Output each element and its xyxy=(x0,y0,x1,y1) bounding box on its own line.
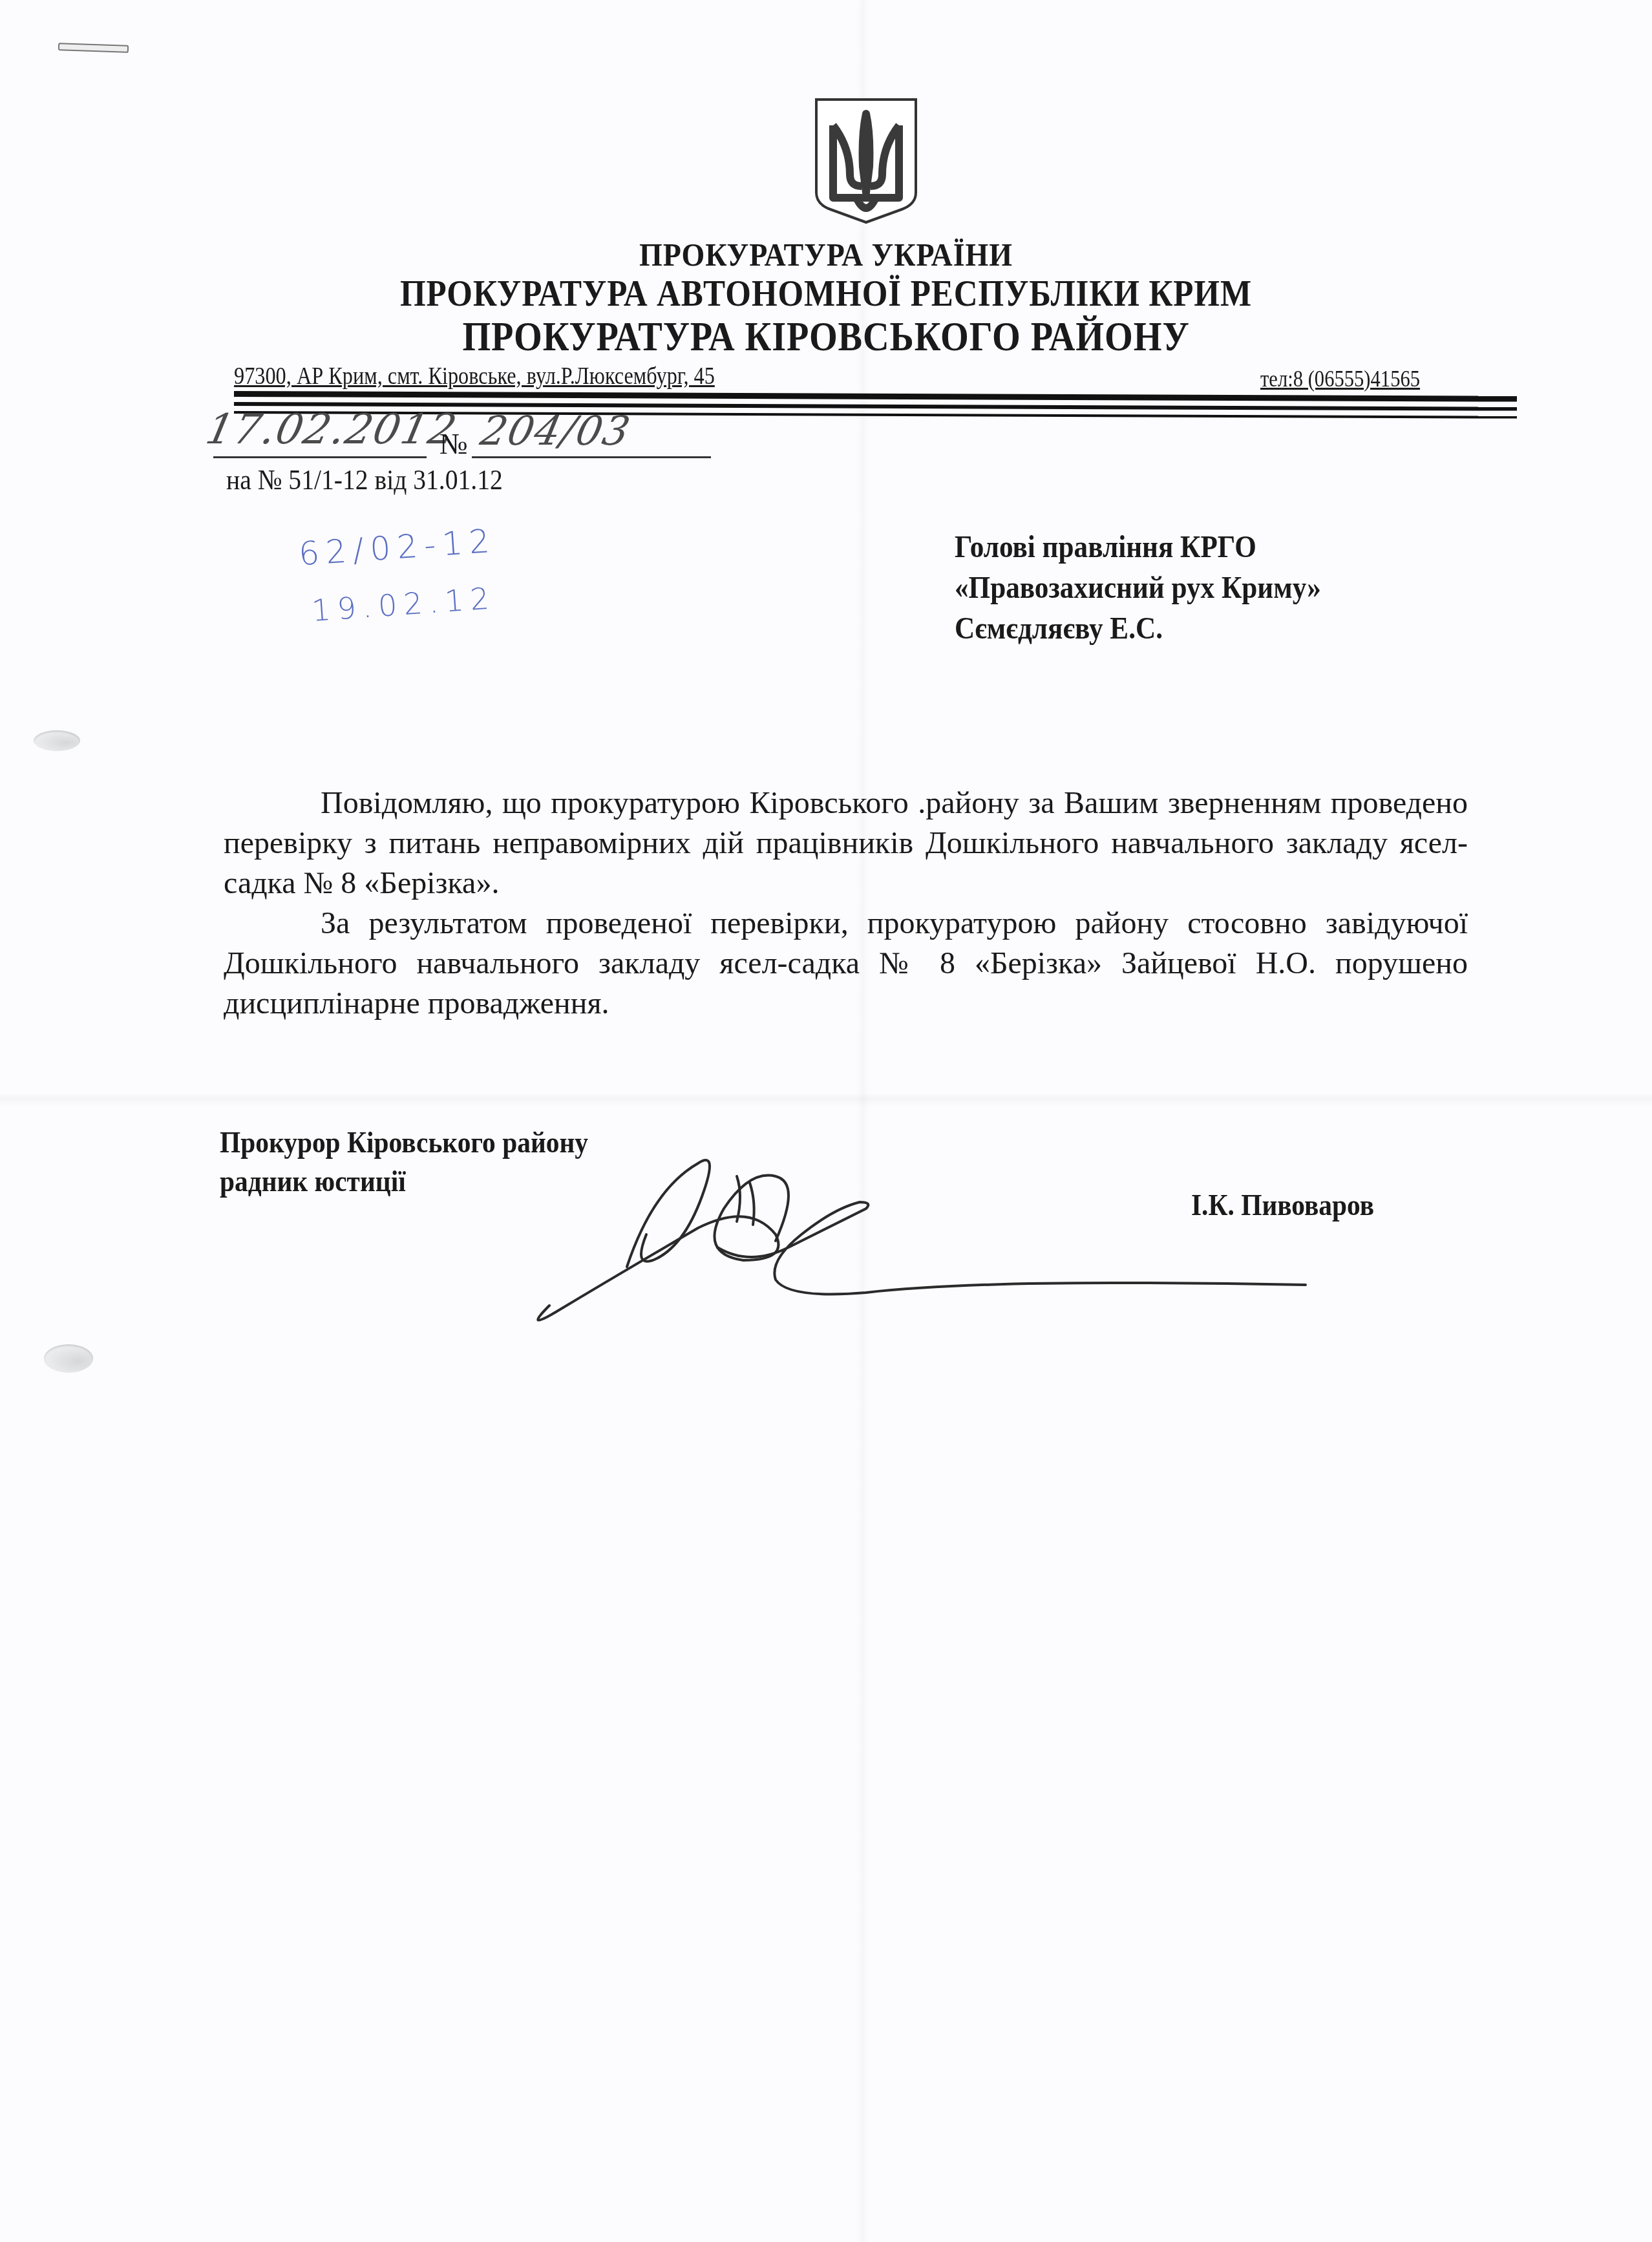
letter-body: Повідомляю, що прокуратурою Кіровського … xyxy=(224,783,1468,1024)
punch-hole-top xyxy=(34,730,80,751)
registration-number: 62/02-12 xyxy=(297,522,497,573)
header-divider-thick xyxy=(234,391,1517,402)
header-address: 97300, АР Крим, смт. Кіровське, вул.Р.Лю… xyxy=(234,362,715,390)
coat-of-arms-trident-icon xyxy=(811,96,921,225)
addressee-line-3: Сємєдляєву Е.С. xyxy=(955,608,1321,649)
staple-mark xyxy=(58,43,129,53)
reference-line: на № 51/1-12 від 31.01.12 xyxy=(226,463,503,496)
outgoing-date-underline xyxy=(213,456,427,458)
registration-date: 19.02.12 xyxy=(310,580,496,628)
outgoing-number-underline xyxy=(472,456,711,458)
handwritten-signature-icon xyxy=(530,1137,1499,1331)
signatory-name: І.К. Пивоваров xyxy=(1191,1188,1374,1222)
addressee-line-1: Голові правління КРГО xyxy=(955,527,1321,567)
header-line-republic: ПРОКУРАТУРА АВТОНОМНОЇ РЕСПУБЛІКИ КРИМ xyxy=(99,271,1552,315)
header-line-district: ПРОКУРАТУРА КІРОВСЬКОГО РАЙОНУ xyxy=(99,313,1552,361)
addressee-line-2: «Правозахисний рух Криму» xyxy=(955,567,1321,608)
outgoing-number: 204/03 xyxy=(476,407,635,454)
header-phone: тел:8 (06555)41565 xyxy=(1260,365,1420,392)
number-sign: № xyxy=(439,427,468,461)
body-paragraph-1: Повідомляю, що прокуратурою Кіровського … xyxy=(224,783,1468,904)
document-page: ПРОКУРАТУРА УКРАЇНИ ПРОКУРАТУРА АВТОНОМН… xyxy=(0,0,1652,2242)
header-line-ministry: ПРОКУРАТУРА УКРАЇНИ xyxy=(66,236,1586,273)
body-paragraph-2: За результатом проведеної перевірки, про… xyxy=(224,904,1468,1024)
punch-hole-bottom xyxy=(44,1344,93,1373)
outgoing-date: 17.02.2012 xyxy=(202,406,461,454)
addressee-block: Голові правління КРГО «Правозахисний рух… xyxy=(955,527,1321,649)
